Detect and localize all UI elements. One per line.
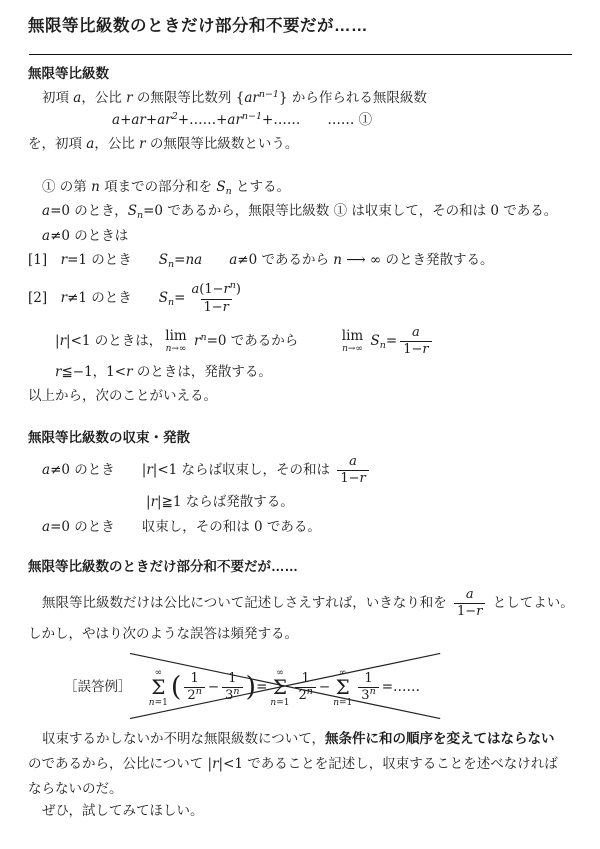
lower-limit: n=1 (149, 698, 168, 708)
text-segment: ぜひ，試してみてほしい。 (42, 803, 203, 819)
fraction: a1−r (337, 454, 368, 487)
text-segment: 2 (187, 688, 195, 703)
document-page: 無限等比級数のときだけ部分和不要だが…… 無限等比級数 初項 a，公比 r の無… (0, 0, 600, 849)
superscript: n (200, 332, 206, 343)
paragraph-conclusion-lead: 以上から，次のことがいえる。 (28, 386, 574, 406)
text-segment: 以上から，次のことがいえる。 (28, 388, 217, 404)
operator: Σ (336, 678, 350, 698)
symbol: Σ (273, 675, 287, 699)
text-segment: の無限等比級数という。 (146, 136, 299, 152)
paragraph-intro: 初項 a，公比 r の無限等比数列 {arn−1} から作られる無限級数 (42, 88, 574, 110)
fraction: a1−r (454, 587, 485, 620)
text-segment: |<1 のときは， (66, 333, 162, 349)
subscript: n (168, 297, 174, 308)
denominator: 1−r (337, 470, 368, 487)
limit-operator: limn→∞ (165, 329, 186, 354)
divider (29, 54, 572, 55)
fraction: 12n (295, 671, 315, 705)
text-segment: = (386, 333, 397, 349)
text-segment: =1 (339, 698, 352, 708)
text-segment: |<1 であることを記述し，収束することを述べなければ (219, 756, 558, 772)
paragraph-definition: を，初項 a，公比 r の無限等比級数という。 (28, 134, 574, 154)
numerator: 1 (187, 671, 201, 687)
text-segment: 1− (457, 604, 476, 619)
operator: lim (165, 329, 186, 344)
math-text: a (42, 519, 50, 535)
subscript: n (168, 259, 174, 270)
text-segment: ① の第 (42, 179, 91, 195)
numerator: a(1−rn) (188, 282, 243, 299)
rule-a-nonzero-converge: a≠0 のとき |r|<1 ならば収束し，その和は a1−r (42, 452, 574, 488)
text-segment: ，公比 (94, 136, 139, 152)
superscript: n−1 (259, 89, 279, 100)
text-segment: ≠0 であるから (237, 252, 333, 268)
error-formula-crossed-out: ∞Σn=1(12n−13n)=∞Σn=112n−∞Σn=113n=…… (146, 663, 420, 711)
text-segment: ≠0 のときは (50, 228, 128, 244)
fraction: a(1−rn)1−r (188, 282, 243, 316)
math-text: na (185, 252, 202, 268)
text-segment: = (174, 290, 185, 306)
text-segment: 1− (403, 342, 422, 357)
case-1-r-equals-1: [1] r=1 のとき Sn=na a≠0 であるから n ⟶ ∞ のとき発散す… (28, 250, 574, 272)
math-text: a (42, 203, 50, 219)
lower-limit: n→∞ (342, 344, 363, 354)
case-2-r-not-1: [2] r≠1 のとき Sn=a(1−rn)1−r (28, 280, 574, 318)
text-segment: lim (165, 328, 186, 344)
sigma-operator: ∞Σn=1 (333, 668, 352, 708)
math-text: r (224, 282, 230, 297)
symbol: Σ (336, 675, 350, 699)
text-segment: +…… (262, 112, 300, 128)
denominator: 3n (222, 687, 242, 705)
sigma-operator: ∞Σn=1 (149, 668, 168, 708)
text-segment (298, 333, 339, 349)
bold-text: 無条件に和の順序を変えてはならない (325, 731, 555, 746)
text-segment: から作られる無限級数 (288, 90, 427, 106)
text-segment: ならないのだ。 (28, 781, 123, 797)
text-segment: =0 のとき 収束し，その和は 0 である。 (50, 519, 321, 535)
rule-a-zero: a=0 のとき 収束し，その和は 0 である。 (42, 517, 574, 537)
paragraph-a-zero-case: a=0 のとき，Sn=0 であるから，無限等比級数 ① は収束して，その和は 0… (42, 201, 574, 223)
paragraph-shortcut: 無限等比級数だけは公比について記述しさえすれば，いきなり和を a1−r としてよ… (42, 585, 574, 621)
text-segment: (1− (199, 282, 223, 297)
math-text: a (42, 228, 50, 244)
math-text: r (223, 300, 229, 315)
paragraph-warning-line-1: 収束するかしないか不明な無限級数について，無条件に和の順序を変えてはならない (42, 729, 574, 749)
text-segment: 1 (228, 671, 236, 686)
text-segment: 3 (361, 688, 369, 703)
math-text: S (216, 179, 225, 195)
text-segment: =0 であるから，無限等比級数 ① は収束して，その和は 0 である。 (143, 203, 557, 219)
section-heading-no-partial-sum: 無限等比級数のときだけ部分和不要だが…… (28, 557, 574, 577)
superscript: n (196, 686, 202, 697)
text-segment: ⟶ ∞ のとき発散する。 (342, 252, 493, 268)
text-segment: =…… (382, 679, 420, 695)
text-segment: 2 (298, 688, 306, 703)
math-text: r (422, 342, 428, 357)
text-segment: = (174, 252, 185, 268)
rule-a-nonzero-diverge: |r|≧1 ならば発散する。 (146, 492, 574, 512)
numerator: a (346, 454, 360, 470)
section-heading-series: 無限等比級数 (28, 64, 574, 84)
text-segment: =0 のとき， (50, 203, 128, 219)
section-heading-convergence: 無限等比級数の収束・発散 (28, 428, 574, 448)
formula-series-definition: a+ar+ar2+……+arn−1+…… …… ① (112, 110, 574, 132)
subscript: n (137, 210, 143, 221)
text-segment: 1 (190, 671, 198, 686)
math-text: S (366, 333, 380, 349)
superscript: n−1 (242, 111, 262, 122)
text-segment: |<1 ならば収束し，その和は (153, 462, 335, 478)
subscript: n (380, 340, 386, 351)
superscript: n (307, 686, 313, 697)
math-text: a (112, 112, 120, 128)
math-text: ar (131, 112, 146, 128)
math-text: ar (157, 112, 172, 128)
numerator: 1 (361, 671, 375, 687)
numerator: 1 (225, 671, 239, 687)
text-segment: →∞ (348, 344, 363, 354)
fraction: 12n (184, 671, 204, 705)
sigma-operator: ∞Σn=1 (270, 668, 289, 708)
fraction: 13n (222, 671, 242, 705)
text-segment: +……+ (178, 112, 228, 128)
superscript: n (230, 280, 236, 291)
text-segment: =1 (155, 698, 168, 708)
paragraph-partial-sum: ① の第 n 項までの部分和を Sn とする。 (42, 177, 574, 199)
math-text: r (190, 333, 201, 349)
text-segment: + (146, 112, 157, 128)
math-text: n (333, 252, 342, 268)
text-segment (202, 252, 229, 268)
paragraph-a-nonzero-case: a≠0 のときは (42, 226, 574, 246)
numerator: a (463, 587, 477, 603)
limit-operator: limn→∞ (342, 329, 363, 354)
text-segment: [2] (28, 290, 61, 306)
text-segment: =1 (276, 698, 289, 708)
superscript: n (233, 686, 239, 697)
paragraph-however: しかし，やはり次のような誤答は頻発する。 (28, 624, 574, 644)
text-segment: を，初項 (28, 136, 86, 152)
text-segment: |≧1 ならば発散する。 (157, 494, 294, 510)
text-segment: 1 (302, 671, 310, 686)
text-segment: − (208, 679, 219, 695)
text-segment: + (120, 112, 131, 128)
text-segment: 1− (340, 471, 359, 486)
math-text: a (42, 462, 50, 478)
symbol: } (279, 90, 288, 106)
math-text: r (476, 604, 482, 619)
text-segment: の無限等比数列 (133, 90, 236, 106)
math-text: S (128, 203, 137, 219)
operator: Σ (151, 678, 165, 698)
error-example-row: ［誤答例］ ∞Σn=1(12n−13n)=∞Σn=112n−∞Σn=113n=…… (64, 663, 574, 711)
math-text: a (466, 587, 474, 602)
page-title: 無限等比級数のときだけ部分和不要だが…… (28, 14, 574, 38)
text-segment: − (319, 679, 330, 695)
denominator: 1−r (400, 341, 431, 358)
fraction: 13n (358, 671, 378, 705)
lower-limit: n→∞ (166, 344, 187, 354)
math-text: a (349, 454, 357, 469)
lower-limit: n=1 (333, 698, 352, 708)
math-text: ar (244, 90, 259, 106)
superscript: 2 (172, 111, 178, 122)
big-paren: ) (246, 672, 257, 703)
limit-convergence-line: |r|<1 のときは，limn→∞ rn=0 であるから limn→∞ Sn=a… (55, 323, 574, 361)
operator: Σ (273, 678, 287, 698)
text-segment: = (256, 679, 267, 695)
subscript: n (226, 186, 232, 197)
text-segment: lim (342, 328, 363, 344)
text-segment: とする。 (232, 179, 290, 195)
text-segment: 1− (204, 300, 223, 315)
denominator: 3n (358, 687, 378, 705)
math-text: S (159, 290, 168, 306)
paragraph-warning-line-2: のであるから，公比について |r|<1 であることを記述し，収束することを述べな… (28, 754, 574, 774)
text-segment: 無限等比級数だけは公比について記述しさえすれば，いきなり和を (42, 595, 451, 611)
paragraph-closing: ぜひ，試してみてほしい。 (42, 801, 574, 821)
lower-limit: n=1 (270, 698, 289, 708)
text-segment: …… ① (300, 112, 372, 128)
math-text: r (359, 471, 365, 486)
text-segment: 収束するかしないか不明な無限級数について， (42, 731, 325, 747)
text-segment: しかし，やはり次のような誤答は頻発する。 (28, 626, 298, 642)
text-segment: [1] (28, 252, 61, 268)
fraction: a1−r (400, 325, 431, 358)
denominator: 2n (184, 687, 204, 705)
superscript: n (370, 686, 376, 697)
numerator: a (409, 325, 423, 341)
error-example-label: ［誤答例］ (64, 679, 132, 695)
operator: lim (342, 329, 363, 344)
text-segment: ≠0 のとき | (50, 462, 146, 478)
divergence-condition-line: r≦−1，1<r のときは，発散する。 (55, 362, 574, 382)
text-segment: →∞ (171, 344, 186, 354)
text-segment: 項までの部分和を (100, 179, 217, 195)
symbol: Σ (151, 675, 165, 699)
math-text: ar (227, 112, 242, 128)
math-text: a (412, 325, 420, 340)
text-segment: のときは，発散する。 (133, 364, 272, 380)
math-text: n (91, 179, 100, 195)
paragraph-warning-line-3: ならないのだ。 (28, 779, 574, 799)
text-segment: ，公比 (81, 90, 126, 106)
denominator: 1−r (454, 603, 485, 620)
error-formula: ∞Σn=1(12n−13n)=∞Σn=112n−∞Σn=113n=…… (146, 679, 420, 695)
text-segment: =0 であるから (207, 333, 299, 349)
text-segment: ≦−1，1< (61, 364, 126, 380)
math-text: S (159, 252, 168, 268)
text-segment: 1 (364, 671, 372, 686)
text-segment: =1 のとき (67, 252, 159, 268)
numerator: 1 (299, 671, 313, 687)
big-paren: ( (171, 672, 182, 703)
denominator: 2n (295, 687, 315, 705)
text-segment: ) (236, 282, 241, 297)
text-segment: のであるから，公比について | (28, 756, 212, 772)
text-segment: ≠1 のとき (67, 290, 159, 306)
text-segment: 初項 (42, 90, 73, 106)
text-segment: としてよい。 (488, 595, 573, 611)
denominator: 1−r (201, 299, 232, 316)
